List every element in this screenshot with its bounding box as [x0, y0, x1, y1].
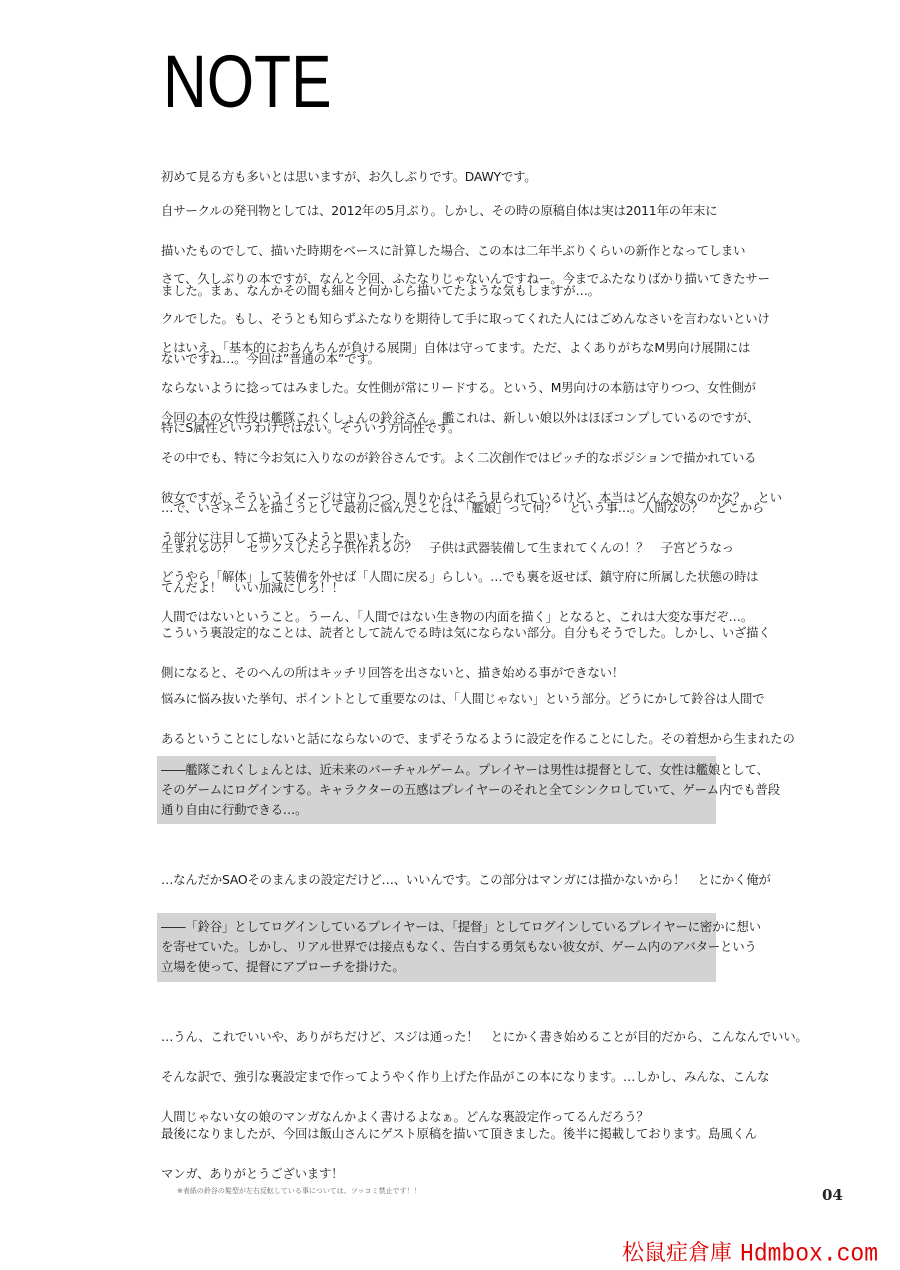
- watermark-url: Hdmbox.com: [740, 1240, 878, 1269]
- watermark-site-name: 松鼠症倉庫: [622, 1241, 732, 1266]
- quote-line: ――「鈴谷」としてログインしているプレイヤーは、「提督」としてログインしているプ…: [161, 917, 716, 937]
- footnote: ※表紙の鈴谷の髪型が左右反転している事については、ツッコミ禁止です！！: [177, 1186, 421, 1196]
- paragraph-line: 自サークルの発刊物としては、2012年の5月ぶり。しかし、その時の原稿自体は実は…: [161, 201, 721, 221]
- page-title: NOTE: [163, 52, 332, 112]
- quote-box-player: ――「鈴谷」としてログインしているプレイヤーは、「提督」としてログインしているプ…: [157, 913, 716, 982]
- paragraph-line: …うん、これでいいや、ありがちだけど、スジは通った！ とにかく書き始めることが目…: [161, 1027, 721, 1047]
- quote-box-setting: ――艦隊これくしょんとは、近未来のバーチャルゲーム。プレイヤーは男性は提督として…: [157, 756, 716, 824]
- paragraph-line: こういう裏設定的なことは、読者として読んでる時は気にならない部分。自分もそうでし…: [161, 623, 721, 643]
- paragraph-line: …なんだかSAOそのまんまの設定だけど…、いいんです。この部分はマンガには描かな…: [161, 870, 721, 890]
- watermark: 松鼠症倉庫Hdmbox.com: [622, 1236, 878, 1267]
- quote-line: ――艦隊これくしょんとは、近未来のバーチャルゲーム。プレイヤーは男性は提督として…: [161, 760, 716, 780]
- paragraph-line: どうやら「解体」して装備を外せば「人間に戻る」らしい。…でも裏を返せば、鎮守府に…: [161, 567, 721, 587]
- paragraph-line: そんな訳で、強引な裏設定まで作ってようやく作り上げた作品がこの本になります。…し…: [161, 1067, 721, 1087]
- paragraph-line: マンガ、ありがとうございます！: [161, 1164, 721, 1184]
- paragraph-line: さて、久しぶりの本ですが、なんと今回、ふたなりじゃないんですねー。今までふたなり…: [161, 269, 721, 289]
- quote-line: そのゲームにログインする。キャラクターの五感はプレイヤーのそれと全てシンクロして…: [161, 780, 716, 800]
- quote-line: 通り自由に行動できる…。: [161, 800, 716, 820]
- page-number: 04: [822, 1186, 843, 1204]
- quote-line: を寄せていた。しかし、リアル世界では接点もなく、告白する勇気もない彼女が、ゲーム…: [161, 937, 716, 957]
- paragraph-line: その中でも、特に今お気に入りなのが鈴谷さんです。よく二次創作ではビッチ的なポジシ…: [161, 448, 721, 468]
- paragraph-line: あるということにしないと話にならないので、まずそうなるように設定を作ることにした…: [161, 729, 721, 749]
- paragraph-line: とはいえ、「基本的におちんちんが負ける展開」自体は守ってます。ただ、よくありがち…: [161, 338, 721, 358]
- quote-line: 立場を使って、提督にアプローチを掛けた。: [161, 957, 716, 977]
- paragraph-line: 最後になりましたが、今回は飯山さんにゲスト原稿を描いて頂きました。後半に掲載して…: [161, 1124, 721, 1144]
- paragraph-line: 今回の本の女性役は艦隊これくしょんの鈴谷さん。艦これは、新しい娘以外はほぼコンプ…: [161, 408, 721, 428]
- paragraph-line: 悩みに悩み抜いた挙句、ポイントとして重要なのは、「人間じゃない」という部分。どう…: [161, 689, 721, 709]
- paragraph-line: …で、いざネームを描こうとして最初に悩んだことは、「艦娘」って何？ という事…。…: [161, 498, 721, 518]
